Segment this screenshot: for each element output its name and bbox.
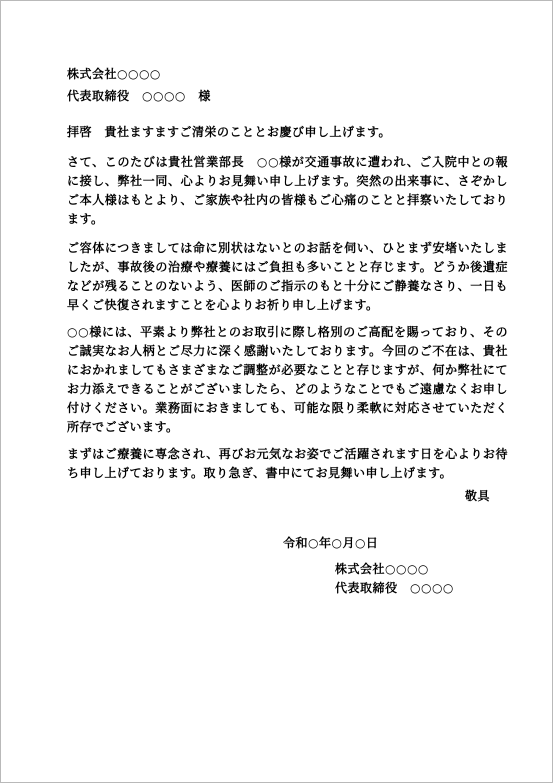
body-paragraph-1: さて、このたびは貴社営業部長 ○○様が交通事故に遭われ、ご入院中との報に接し、弊… <box>67 153 508 229</box>
recipient-block: 株式会社○○○○ 代表取締役 ○○○○ 様 <box>67 63 508 107</box>
recipient-person: 代表取締役 ○○○○ 様 <box>67 85 508 107</box>
body-paragraph-2: ご容体につきましては命に別状はないとのお話を伺い、ひとまず安堵いたしましたが、事… <box>67 239 508 315</box>
letter-date: 令和○年○月○日 <box>67 534 508 553</box>
closing-word: 敬具 <box>67 487 508 506</box>
salutation-line: 拝啓 貴社ますますご清栄のこととお慶び申し上げます。 <box>67 123 508 142</box>
sender-block: 株式会社○○○○ 代表取締役 ○○○○ <box>67 560 508 597</box>
sender-person: 代表取締役 ○○○○ <box>335 579 508 598</box>
sender-company: 株式会社○○○○ <box>335 560 508 579</box>
letter-page: 株式会社○○○○ 代表取締役 ○○○○ 様 拝啓 貴社ますますご清栄のこととお慶… <box>0 0 553 783</box>
recipient-company: 株式会社○○○○ <box>67 63 508 85</box>
body-paragraph-4: まずはご療養に専念され、再びお元気なお姿でご活躍されます日を心よりお待ち申し上げ… <box>67 445 508 483</box>
body-paragraph-3: ○○様には、平素より弊社とのお取引に際し格別のご高配を賜っており、そのご誠実なお… <box>67 323 508 437</box>
letter-content: 株式会社○○○○ 代表取締役 ○○○○ 様 拝啓 貴社ますますご清栄のこととお慶… <box>1 1 552 597</box>
